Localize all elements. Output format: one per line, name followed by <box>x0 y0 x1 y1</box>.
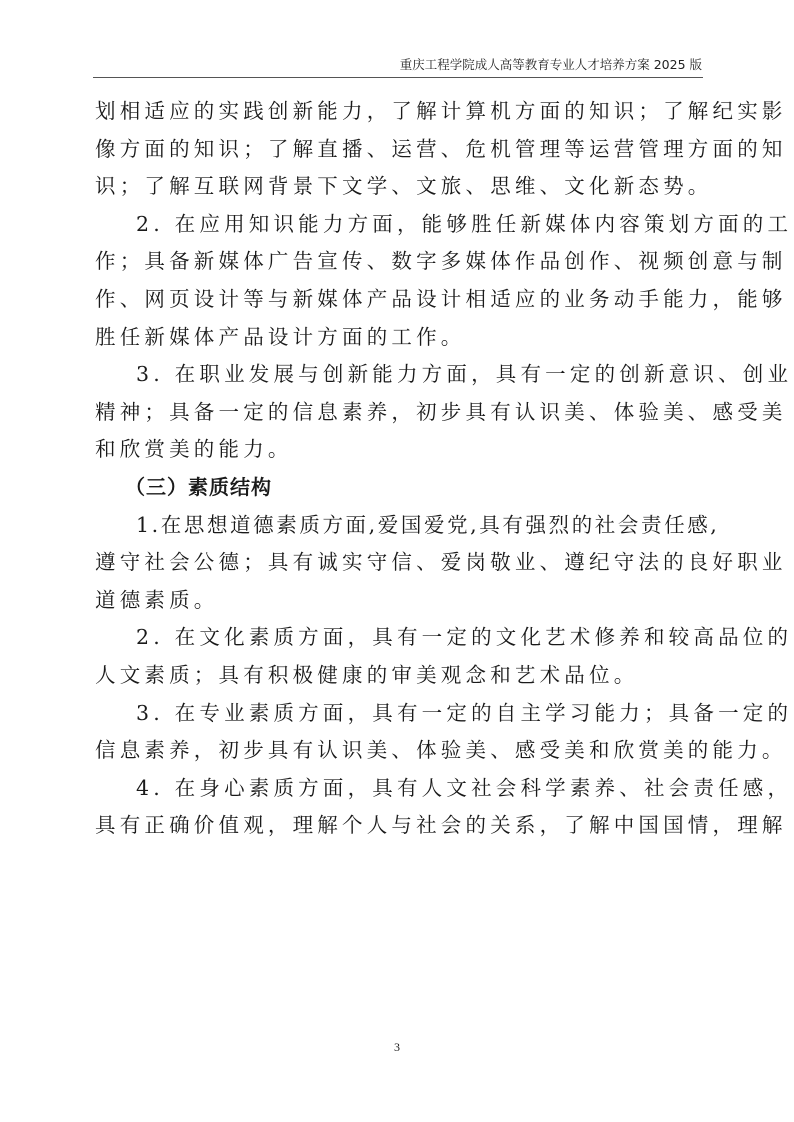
paragraph-start-line: 3. 在职业发展与创新能力方面，具有一定的创新意识、创业 <box>95 356 715 394</box>
body-line: 和欣赏美的能力。 <box>95 431 715 469</box>
body-line: 作、网页设计等与新媒体产品设计相适应的业务动手能力，能够 <box>95 281 715 319</box>
header-title: 重庆工程学院成人高等教育专业人才培养方案 2025 版 <box>400 55 702 73</box>
header-divider <box>93 77 703 78</box>
paragraph-start-line: 4. 在身心素质方面，具有人文社会科学素养、社会责任感， <box>95 770 715 808</box>
body-line: 信息素养，初步具有认识美、体验美、感受美和欣赏美的能力。 <box>95 732 715 770</box>
paragraph-start-line: 2. 在文化素质方面，具有一定的文化艺术修养和较高品位的 <box>95 619 715 657</box>
body-line: 划相适应的实践创新能力，了解计算机方面的知识；了解纪实影 <box>95 93 715 131</box>
body-line: 道德素质。 <box>95 582 715 620</box>
paragraph-start-line: 1.在思想道德素质方面,爱国爱党,具有强烈的社会责任感, <box>95 507 715 545</box>
page-number: 3 <box>0 1040 794 1055</box>
paragraph-start-line: 2. 在应用知识能力方面，能够胜任新媒体内容策划方面的工 <box>95 206 715 244</box>
body-line: 具有正确价值观，理解个人与社会的关系，了解中国国情，理解 <box>95 807 715 845</box>
body-line: 人文素质；具有积极健康的审美观念和艺术品位。 <box>95 657 715 695</box>
body-line: 胜任新媒体产品设计方面的工作。 <box>95 319 715 357</box>
body-line: 识；了解互联网背景下文学、文旅、思维、文化新态势。 <box>95 168 715 206</box>
paragraph-start-line: 3. 在专业素质方面，具有一定的自主学习能力；具备一定的 <box>95 695 715 733</box>
section-heading: （三）素质结构 <box>95 469 715 507</box>
document-body: 划相适应的实践创新能力，了解计算机方面的知识；了解纪实影 像方面的知识；了解直播… <box>95 93 715 845</box>
body-line: 作；具备新媒体广告宣传、数字多媒体作品创作、视频创意与制 <box>95 243 715 281</box>
body-line: 精神；具备一定的信息素养，初步具有认识美、体验美、感受美 <box>95 394 715 432</box>
body-line: 像方面的知识；了解直播、运营、危机管理等运营管理方面的知 <box>95 131 715 169</box>
body-line: 遵守社会公德；具有诚实守信、爱岗敬业、遵纪守法的良好职业 <box>95 544 715 582</box>
